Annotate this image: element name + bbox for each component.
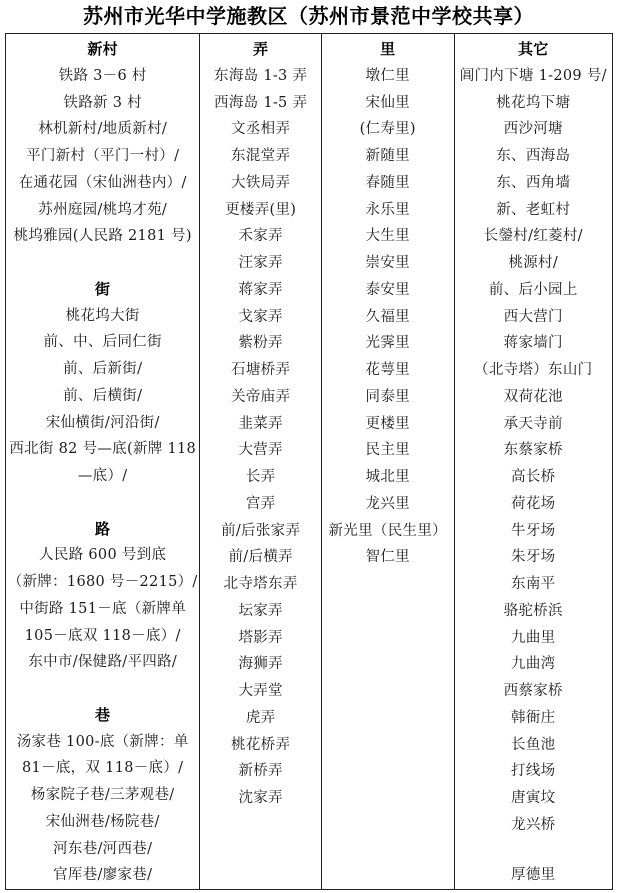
section-heading: 路 [6,516,199,543]
list-item: 打线场 [455,758,612,785]
list-item: 城北里 [322,464,454,491]
list-item: 长弄 [200,464,321,491]
list-item: 苏州庭园/桃坞才苑/ [6,197,199,224]
list-item: 新光里（民生里） [322,518,454,545]
list-item: 新随里 [322,143,454,170]
column-qita: 其它 阊门内下塘 1-209 号/桃花坞下塘西沙河塘东、西海岛东、西角墙新、老虹… [455,34,612,889]
list-item: 九曲里 [455,625,612,652]
list-item: 桃花桥弄 [200,732,321,759]
list-item: 西北街 82 号—底(新牌 118 [6,436,199,463]
list-item: 禾家弄 [200,223,321,250]
list-item: 林机新村/地质新村/ [6,116,199,143]
list-item: 韩衙庄 [455,705,612,732]
list-item: 东蔡家桥 [455,437,612,464]
spacer [6,490,199,516]
list-item: 前、后横街/ [6,383,199,410]
list-item: 沈家弄 [200,785,321,812]
list-item: 北寺塔东弄 [200,571,321,598]
list-item: 紫粉弄 [200,330,321,357]
list-item: 桃花坞大街 [6,303,199,330]
list-item: 蒋家弄 [200,277,321,304]
list-item: 坛家弄 [200,598,321,625]
list-item: 更楼里 [322,411,454,438]
list-item: 西大营门 [455,304,612,331]
list-item: 泰安里 [322,277,454,304]
column-header-xincun: 新村 [6,36,199,63]
list-item: 汪家弄 [200,250,321,277]
list-item: 宫弄 [200,491,321,518]
page-title: 苏州市光华中学施教区（苏州市景范中学校共享） [0,2,617,30]
list-item: 东南平 [455,571,612,598]
list-item: 105－底双 118－底）/ [6,623,199,650]
list-item: 大弄堂 [200,678,321,705]
list-item: 海狮弄 [200,651,321,678]
list-item: 铁路新 3 村 [6,90,199,117]
list-item: 东、西海岛 [455,143,612,170]
list-item: 官厍巷/廖家巷/ [6,862,199,889]
list-item: 新、老虹村 [455,197,612,224]
list-item: 前、后小园上 [455,277,612,304]
list-item: 民主里 [322,437,454,464]
spacer [6,676,199,702]
list-item: 中街路 151－底（新牌单 [6,596,199,623]
list-item: 杨家院子巷/三茅观巷/ [6,782,199,809]
spacer [6,250,199,276]
list-item: 龙兴里 [322,491,454,518]
list-item: 西海岛 1-5 弄 [200,90,321,117]
column-li: 里 墩仁里宋仙里(仁寿里)新随里春随里永乐里大生里崇安里泰安里久福里光霁里花萼里… [322,34,455,889]
list-item: 智仁里 [322,544,454,571]
list-item: 墩仁里 [322,63,454,90]
list-item: 高长桥 [455,464,612,491]
list-item: 牛牙场 [455,518,612,545]
list-item: 龙兴桥 [455,812,612,839]
list-item: 前/后张家弄 [200,518,321,545]
list-item: 宋仙洲巷/杨院巷/ [6,809,199,836]
list-item: —底）/ [6,463,199,490]
spacer [455,839,612,863]
list-item: 河东巷/河西巷/ [6,836,199,863]
list-item: 韭菜弄 [200,411,321,438]
list-item: 东混堂弄 [200,143,321,170]
list-item: 宋仙里 [322,90,454,117]
list-item: 81－底，双 118－底）/ [6,755,199,782]
list-item: 久福里 [322,304,454,331]
list-item: 宋仙横街/河沿街/ [6,410,199,437]
list-item: 厚德里 [455,862,612,889]
list-item: 人民路 600 号到底 [6,542,199,569]
list-item: 朱牙场 [455,544,612,571]
list-item: 大营弄 [200,437,321,464]
list-item: 承天寺前 [455,411,612,438]
list-item: 同泰里 [322,384,454,411]
list-item: 花萼里 [322,357,454,384]
list-item: 桃坞雅园(人民路 2181 号) [6,223,199,250]
list-item: 骆驼桥浜 [455,598,612,625]
list-item: 汤家巷 100-底（新牌：单 [6,729,199,756]
list-item: 西蔡家桥 [455,678,612,705]
list-item: 前、中、后同仁街 [6,329,199,356]
list-item: 石塘桥弄 [200,357,321,384]
list-item: 阊门内下塘 1-209 号/ [455,63,612,90]
list-item: 长鱼池 [455,732,612,759]
list-item: (仁寿里) [322,116,454,143]
list-item: 长鎣村/红菱村/ [455,223,612,250]
list-item: 塔影弄 [200,625,321,652]
list-item: 更楼弄(里) [200,197,321,224]
list-item: （新牌：1680 号－2215）/ [6,569,199,596]
list-item: 九曲湾 [455,651,612,678]
list-item: 文丞相弄 [200,116,321,143]
list-item: 关帝庙弄 [200,384,321,411]
list-item: 东海岛 1-3 弄 [200,63,321,90]
list-item: 平门新村（平门一村）/ [6,143,199,170]
list-item: 桃源村/ [455,250,612,277]
list-item: 前、后新街/ [6,356,199,383]
column-header-nong: 弄 [200,36,321,63]
list-item: 桃花坞下塘 [455,90,612,117]
list-item: 永乐里 [322,197,454,224]
section-heading: 巷 [6,702,199,729]
list-item: 崇安里 [322,250,454,277]
list-item: 虎弄 [200,705,321,732]
list-item: 戈家弄 [200,304,321,331]
list-item: 春随里 [322,170,454,197]
list-item: 大生里 [322,223,454,250]
list-item: 前/后横弄 [200,544,321,571]
list-item: 在通花园（宋仙洲巷内）/ [6,170,199,197]
list-item: 新桥弄 [200,758,321,785]
column-header-li: 里 [322,36,454,63]
column-header-qita: 其它 [455,36,612,63]
column-xincun: 新村 铁路 3－6 村铁路新 3 村林机新村/地质新村/平门新村（平门一村）/在… [6,34,200,889]
list-item: 大铁局弄 [200,170,321,197]
list-item: 光霁里 [322,330,454,357]
column-nong: 弄 东海岛 1-3 弄西海岛 1-5 弄文丞相弄东混堂弄大铁局弄更楼弄(里)禾家… [200,34,322,889]
list-item: 东、西角墙 [455,170,612,197]
list-item: 荷花场 [455,491,612,518]
list-item: 蒋家墙门 [455,330,612,357]
list-item: 西沙河塘 [455,116,612,143]
section-heading: 街 [6,276,199,303]
list-item: 铁路 3－6 村 [6,63,199,90]
list-item: 东中市/保健路/平四路/ [6,649,199,676]
list-item: 双荷花池 [455,384,612,411]
list-item: （北寺塔）东山门 [455,357,612,384]
district-table: 新村 铁路 3－6 村铁路新 3 村林机新村/地质新村/平门新村（平门一村）/在… [5,33,613,890]
list-item: 唐寅坟 [455,785,612,812]
